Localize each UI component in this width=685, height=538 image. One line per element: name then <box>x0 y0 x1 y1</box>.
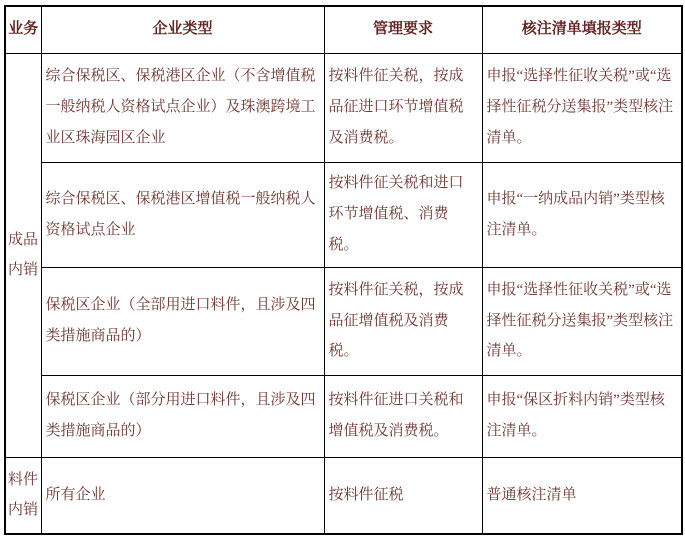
table-row: 综合保税区、保税港区增值税一般纳税人资格试点企业 按料件征关税和进口环节增值税、… <box>5 162 682 267</box>
header-cell-management: 管理要求 <box>324 6 482 53</box>
cell-management: 按料件征进口关税和增值税及消费税。 <box>324 375 482 457</box>
header-cell-list-type: 核注清单填报类型 <box>482 6 682 53</box>
cell-list-type: 申报“选择性征收关税”或“选择性征税分送集报”类型核注清单。 <box>482 53 682 162</box>
business-cell-materials: 料件内销 <box>5 457 41 534</box>
cell-enterprise-type: 综合保税区、保税港区企业（不含增值税一般纳税人资格试点企业）及珠澳跨境工业区珠海… <box>41 53 324 162</box>
cell-list-type: 申报“选择性征收关税”或“选择性征税分送集报”类型核注清单。 <box>482 267 682 375</box>
cell-enterprise-type: 所有企业 <box>41 457 324 534</box>
cell-management: 按料件征关税，按成品征进口环节增值税及消费税。 <box>324 53 482 162</box>
cell-management: 按料件征税 <box>324 457 482 534</box>
cell-list-type: 普通核注清单 <box>482 457 682 534</box>
table-row: 保税区企业（部分用进口料件，且涉及四类措施商品的） 按料件征进口关税和增值税及消… <box>5 375 682 457</box>
cell-list-type: 申报“一纳成品内销”类型核注清单。 <box>482 162 682 267</box>
header-cell-enterprise-type: 企业类型 <box>41 6 324 53</box>
cell-enterprise-type: 保税区企业（部分用进口料件，且涉及四类措施商品的） <box>41 375 324 457</box>
table-header-row: 业务 企业类型 管理要求 核注清单填报类型 <box>5 6 682 53</box>
business-cell-finished-goods: 成品内销 <box>5 53 41 457</box>
table-row: 成品内销 综合保税区、保税港区企业（不含增值税一般纳税人资格试点企业）及珠澳跨境… <box>5 53 682 162</box>
header-cell-business: 业务 <box>5 6 41 53</box>
table-row: 保税区企业（全部用进口料件，且涉及四类措施商品的） 按料件征关税，按成品征增值税… <box>5 267 682 375</box>
cell-enterprise-type: 综合保税区、保税港区增值税一般纳税人资格试点企业 <box>41 162 324 267</box>
table-row: 料件内销 所有企业 按料件征税 普通核注清单 <box>5 457 682 534</box>
bonded-zone-tax-table: 业务 企业类型 管理要求 核注清单填报类型 成品内销 综合保税区、保税港区企业（… <box>4 5 683 535</box>
cell-management: 按料件征关税和进口环节增值税、消费税。 <box>324 162 482 267</box>
cell-list-type: 申报“保区折料内销”类型核注清单。 <box>482 375 682 457</box>
cell-enterprise-type: 保税区企业（全部用进口料件，且涉及四类措施商品的） <box>41 267 324 375</box>
cell-management: 按料件征关税，按成品征增值税及消费税。 <box>324 267 482 375</box>
